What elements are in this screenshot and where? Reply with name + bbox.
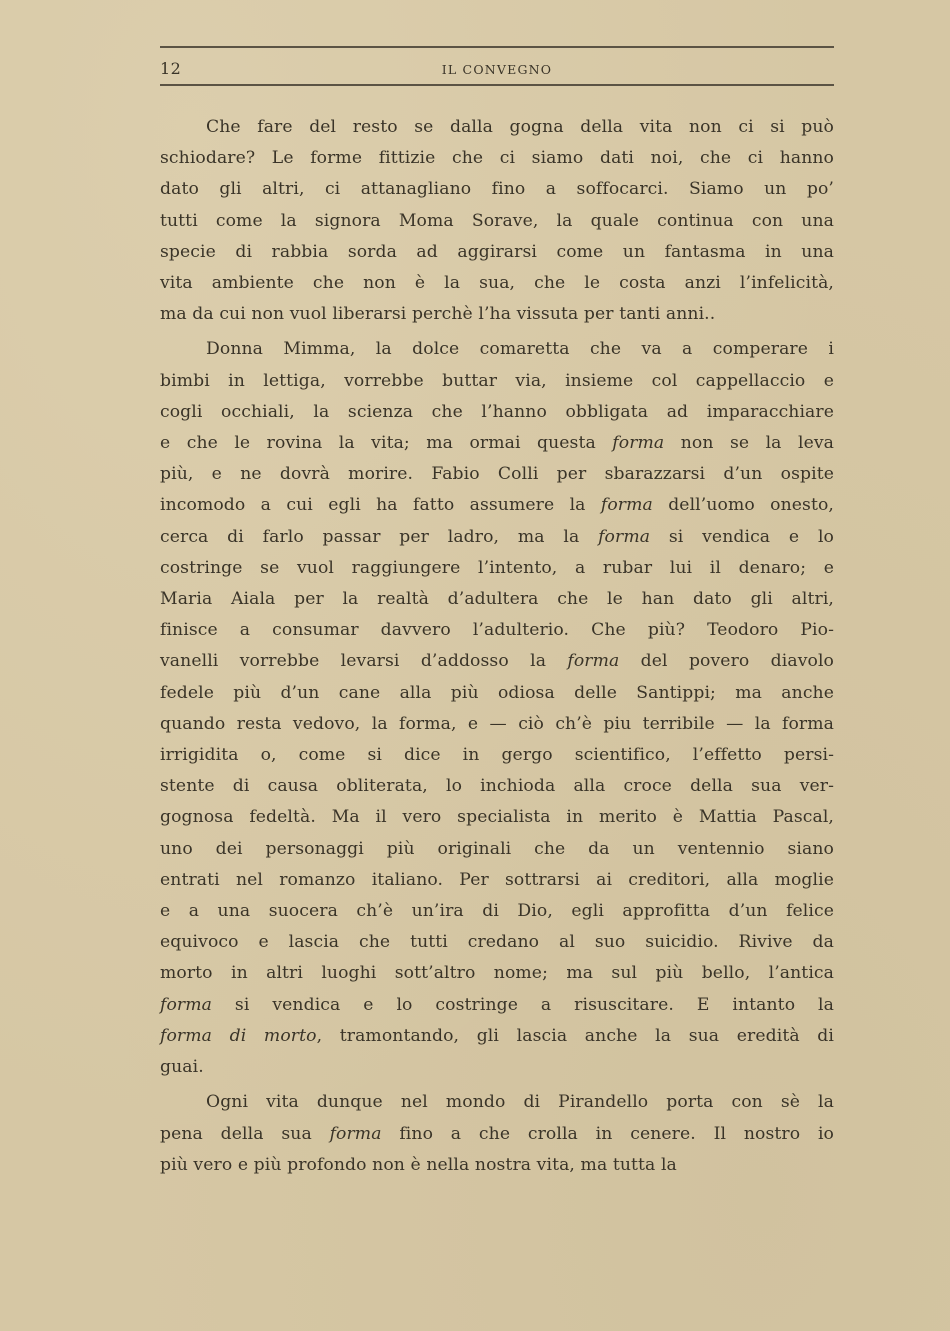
text-line: uno dei personaggi più originali che da … <box>160 834 834 865</box>
header-rule-bottom <box>160 84 834 86</box>
text-line: tutti come la signora Moma Sorave, la qu… <box>160 206 834 237</box>
text-line: stente di causa obliterata, lo inchioda … <box>160 771 834 802</box>
text-line: bimbi in lettiga, vorrebbe buttar via, i… <box>160 366 834 397</box>
text-line: Maria Aiala per la realtà d’adultera che… <box>160 584 834 615</box>
text-line: finisce a consumar davvero l’adulterio. … <box>160 615 834 646</box>
text-line: e che le rovina la vita; ma ormai questa… <box>160 428 834 459</box>
text-line: Donna Mimma, la dolce comaretta che va a… <box>160 334 834 365</box>
text-line: costringe se vuol raggiungere l’intento,… <box>160 553 834 584</box>
text-line: gognosa fedeltà. Ma il vero specialista … <box>160 802 834 833</box>
text-line: guai. <box>160 1052 834 1083</box>
text-line: irrigidita o, come si dice in gergo scie… <box>160 740 834 771</box>
text-line: vanelli vorrebbe levarsi d’addosso la fo… <box>160 646 834 677</box>
text-line: quando resta vedovo, la forma, e — ciò c… <box>160 709 834 740</box>
text-line: dato gli altri, ci attanagliano fino a s… <box>160 174 834 205</box>
italic-emphasis: forma <box>567 651 619 671</box>
italic-emphasis: forma <box>612 433 664 453</box>
italic-emphasis: forma <box>330 1124 382 1144</box>
text-line: incomodo a cui egli ha fatto assumere la… <box>160 490 834 521</box>
text-line: pena della sua forma fino a che crolla i… <box>160 1119 834 1150</box>
text-line: Che fare del resto se dalla gogna della … <box>160 112 834 143</box>
paragraph: Ogni vita dunque nel mondo di Pirandello… <box>160 1087 834 1181</box>
text-line: Ogni vita dunque nel mondo di Pirandello… <box>160 1087 834 1118</box>
italic-emphasis: forma di morto <box>160 1026 317 1046</box>
text-line: più vero e più profondo non è nella nost… <box>160 1150 834 1181</box>
text-line: entrati nel romanzo italiano. Per sottra… <box>160 865 834 896</box>
text-line: fedele più d’un cane alla più odiosa del… <box>160 678 834 709</box>
text-line: equivoco e lascia che tutti credano al s… <box>160 927 834 958</box>
body-text: Che fare del resto se dalla gogna della … <box>160 112 834 1181</box>
italic-emphasis: forma <box>160 995 212 1015</box>
text-line: e a una suocera ch’è un’ira di Dio, egli… <box>160 896 834 927</box>
text-line: vita ambiente che non è la sua, che le c… <box>160 268 834 299</box>
text-line: forma si vendica e lo costringe a risusc… <box>160 990 834 1021</box>
italic-emphasis: forma <box>598 527 650 547</box>
text-line: più, e ne dovrà morire. Fabio Colli per … <box>160 459 834 490</box>
text-line: morto in altri luoghi sott’altro nome; m… <box>160 958 834 989</box>
running-title: IL CONVEGNO <box>160 62 834 77</box>
running-header: 12 IL CONVEGNO <box>160 48 834 84</box>
text-line: schiodare? Le forme fittizie che ci siam… <box>160 143 834 174</box>
book-page: 12 IL CONVEGNO Che fare del resto se dal… <box>160 46 834 1181</box>
text-line: specie di rabbia sorda ad aggirarsi come… <box>160 237 834 268</box>
text-line: cogli occhiali, la scienza che l’hanno o… <box>160 397 834 428</box>
text-line: cerca di farlo passar per ladro, ma la f… <box>160 522 834 553</box>
italic-emphasis: forma <box>601 495 653 515</box>
paragraph: Donna Mimma, la dolce comaretta che va a… <box>160 334 834 1083</box>
paragraph: Che fare del resto se dalla gogna della … <box>160 112 834 330</box>
text-line: ma da cui non vuol liberarsi perchè l’ha… <box>160 299 834 330</box>
text-line: forma di morto, tramontando, gli lascia … <box>160 1021 834 1052</box>
